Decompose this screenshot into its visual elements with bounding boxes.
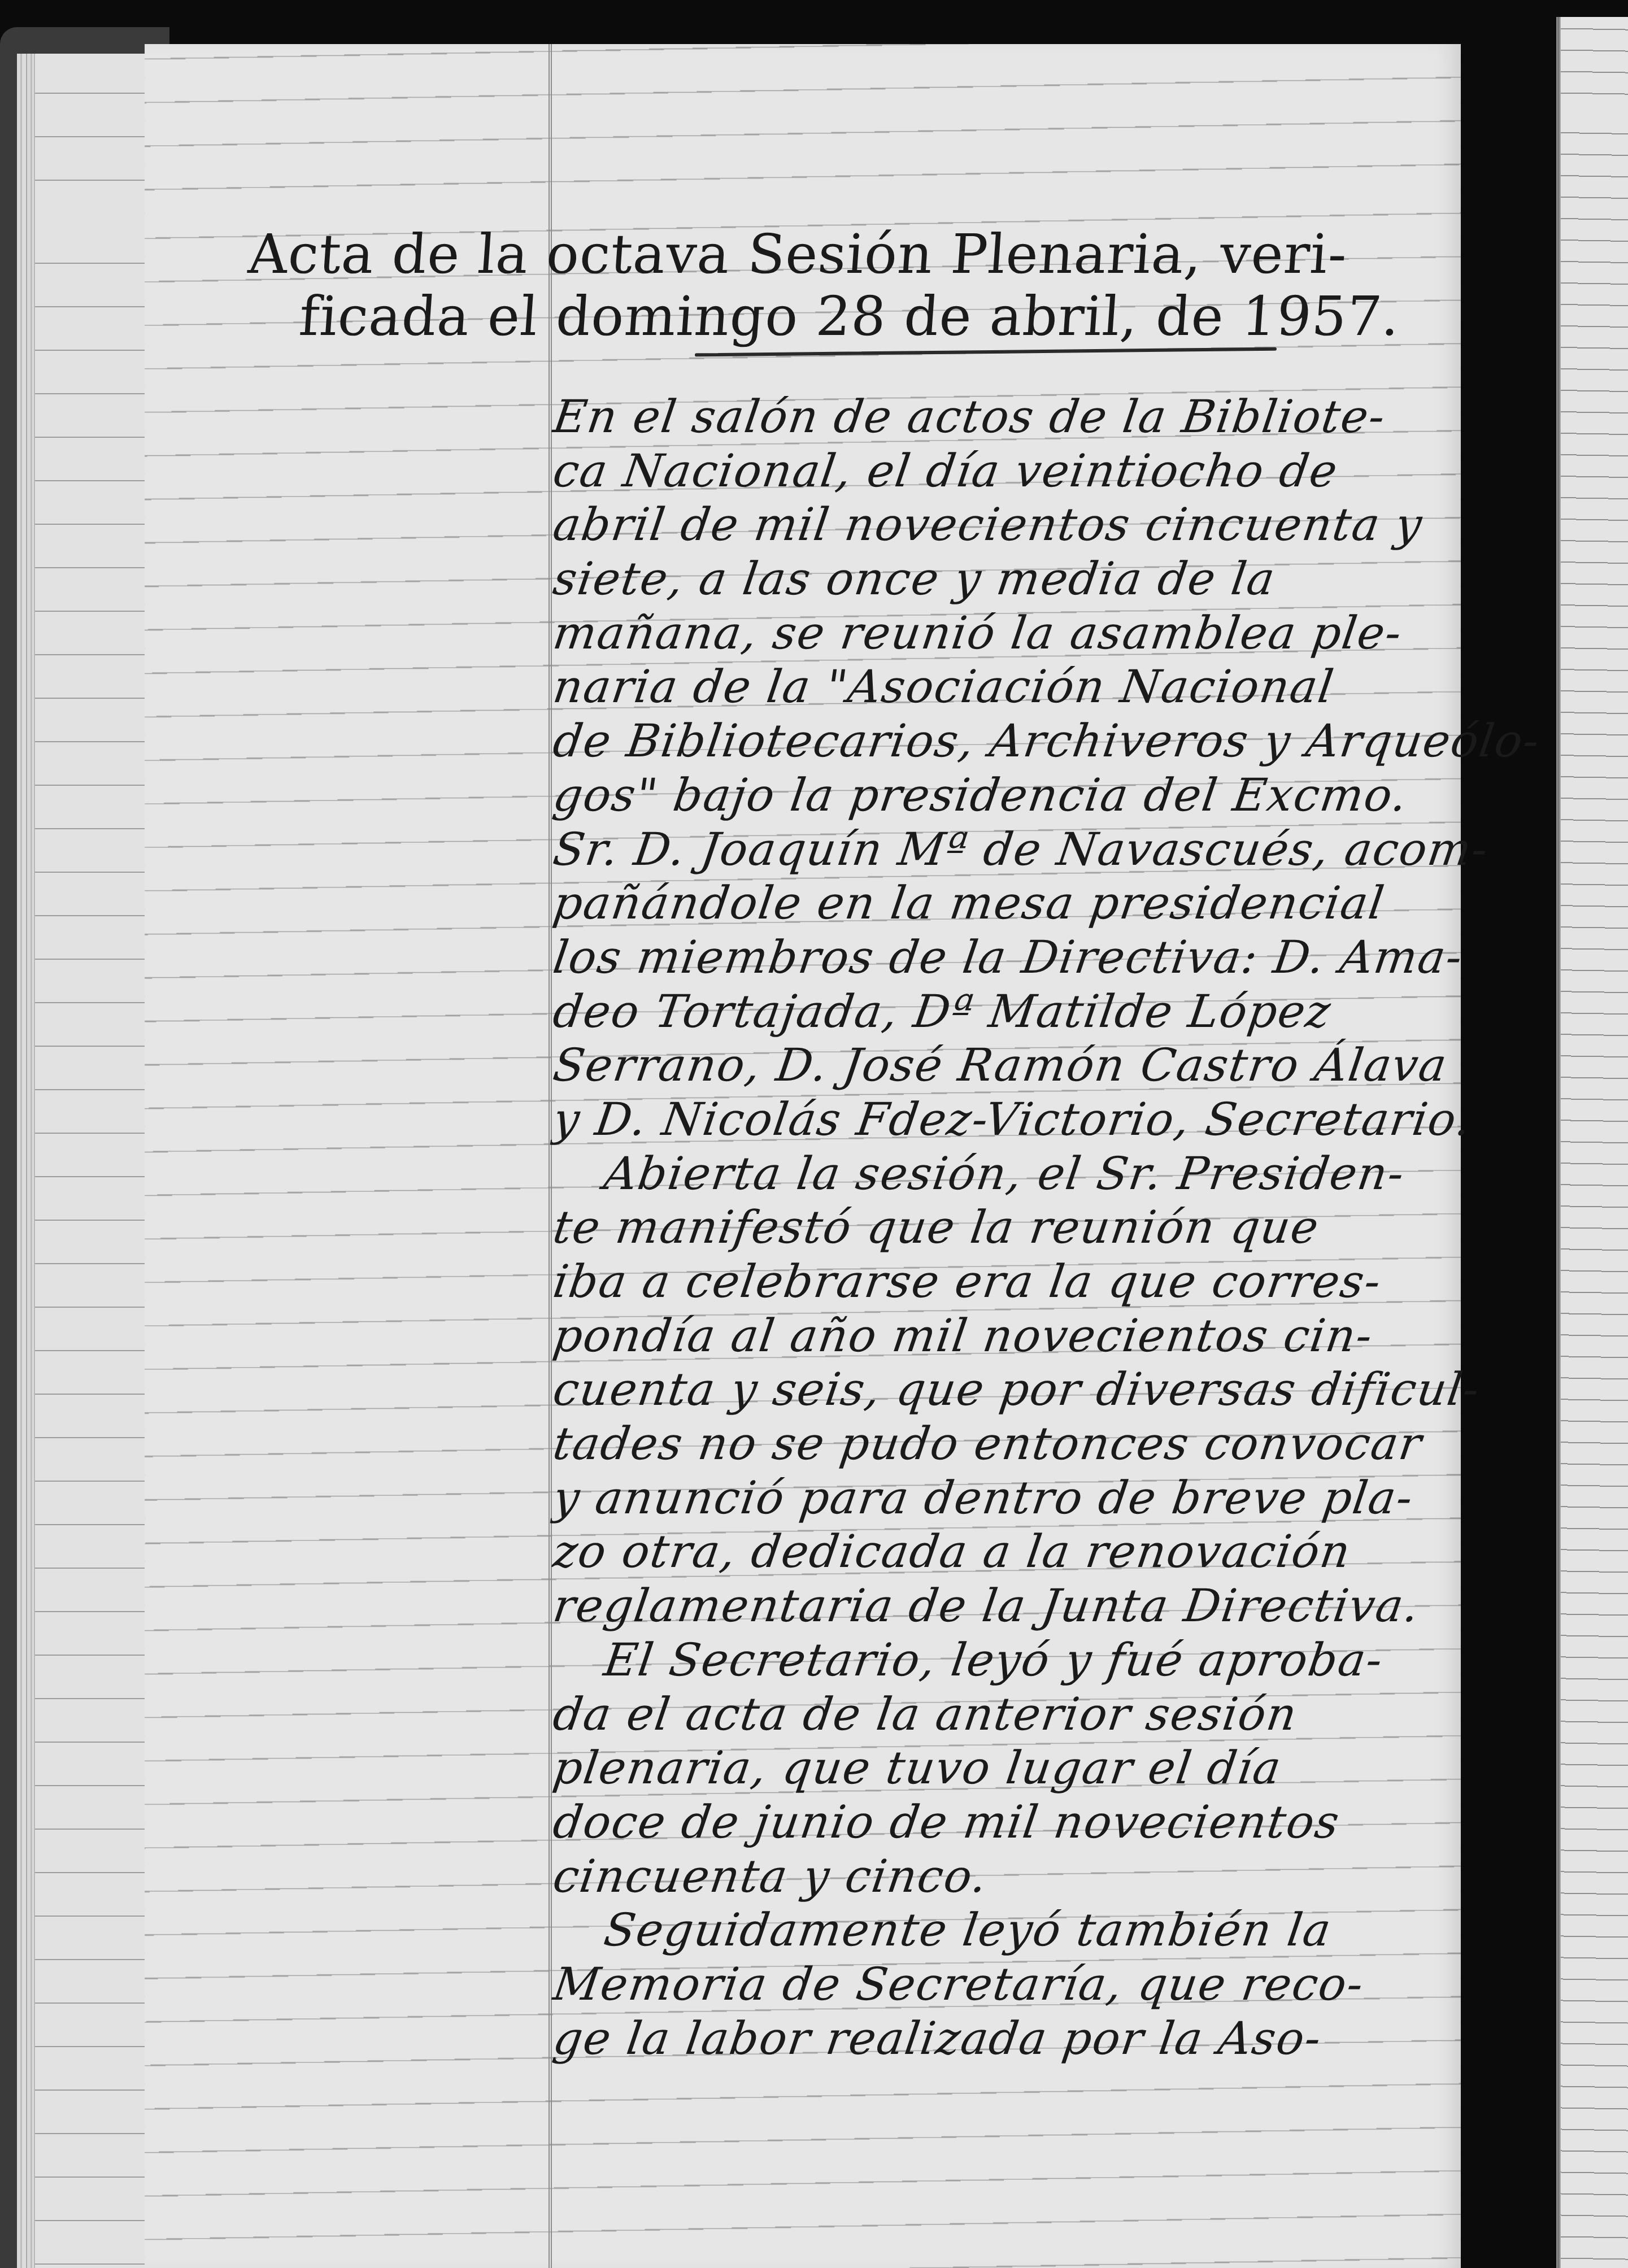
handwritten-line: ge la labor realizada por la Aso-: [550, 2012, 1562, 2066]
handwritten-line: Sr. D. Joaquín Mª de Navascués, acom-: [550, 822, 1562, 877]
title-line: Acta de la octava Sesión Plenaria, veri-: [246, 223, 1561, 285]
handwritten-line: cuenta y seis, que por diversas dificul-: [550, 1362, 1562, 1417]
handwritten-line: zo otra, dedicada a la renovación: [550, 1525, 1562, 1579]
handwritten-line: gos" bajo la presidencia del Excmo.: [550, 768, 1562, 822]
handwritten-line: y anunció para dentro de breve pla-: [550, 1471, 1562, 1525]
minutes-body: En el salón de actos de la Bibliote-ca N…: [554, 390, 1559, 2065]
handwritten-line: El Secretario, leyó y fué aproba-: [550, 1633, 1562, 1687]
handwritten-line: plenaria, que tuvo lugar el día: [550, 1741, 1562, 1795]
title-line: ficada el domingo 28 de abril, de 1957.: [246, 285, 1561, 347]
handwritten-line: naria de la "Asociación Nacional: [550, 660, 1562, 714]
margin-rule: [549, 44, 552, 2268]
handwritten-line: En el salón de actos de la Bibliote-: [550, 390, 1562, 444]
handwritten-line: Abierta la sesión, el Sr. Presiden-: [550, 1147, 1562, 1201]
handwritten-line: te manifestó que la reunión que: [550, 1200, 1562, 1255]
handwritten-line: cincuenta y cinco.: [550, 1849, 1562, 1904]
handwritten-line: pañándole en la mesa presidencial: [550, 876, 1562, 930]
underlying-page: [34, 54, 148, 2268]
handwritten-line: da el acta de la anterior sesión: [550, 1687, 1562, 1742]
handwritten-line: doce de junio de mil novecientos: [550, 1795, 1562, 1849]
handwritten-line: reglamentaria de la Junta Directiva.: [550, 1579, 1562, 1633]
handwritten-line: Seguidamente leyó también la: [550, 1903, 1562, 1957]
handwritten-line: iba a celebrarse era la que corres-: [550, 1255, 1562, 1309]
handwritten-line: de Bibliotecarios, Archiveros y Arqueólo…: [550, 714, 1562, 768]
handwritten-line: y D. Nicolás Fdez-Victorio, Secretario.: [550, 1092, 1562, 1147]
handwritten-line: pondía al año mil novecientos cin-: [550, 1309, 1562, 1363]
handwritten-line: ca Nacional, el día veintiocho de: [550, 444, 1562, 498]
facing-page: [1561, 17, 1628, 2268]
handwritten-line: tades no se pudo entonces convocar: [550, 1417, 1562, 1471]
handwritten-line: Memoria de Secretaría, que reco-: [550, 1957, 1562, 2012]
handwritten-line: siete, a las once y media de la: [550, 552, 1562, 606]
handwritten-line: Serrano, D. José Ramón Castro Álava: [550, 1038, 1562, 1092]
minutes-title: Acta de la octava Sesión Plenaria, veri-…: [249, 223, 1559, 347]
handwritten-line: deo Tortajada, Dª Matilde López: [550, 985, 1562, 1039]
handwritten-line: los miembros de la Directiva: D. Ama-: [550, 930, 1562, 985]
handwritten-line: mañana, se reunió la asamblea ple-: [550, 606, 1562, 660]
handwritten-line: abril de mil novecientos cincuenta y: [550, 498, 1562, 552]
